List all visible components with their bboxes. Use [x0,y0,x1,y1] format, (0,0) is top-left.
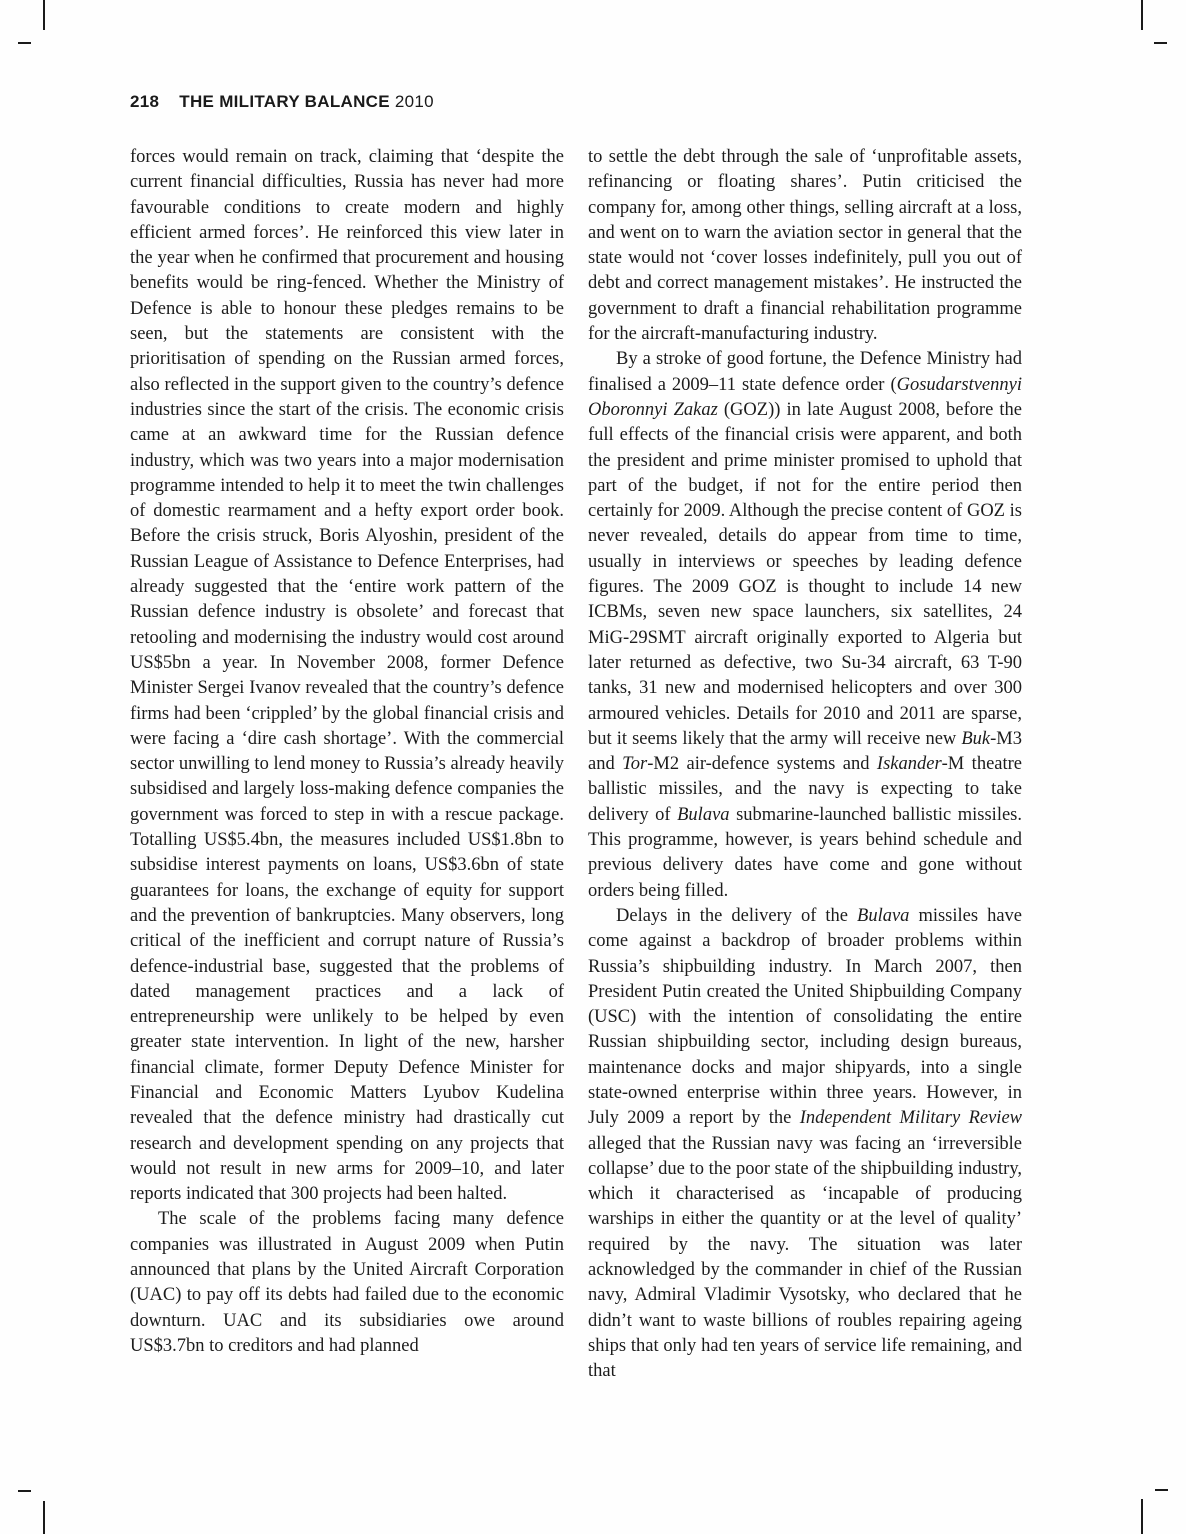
crop-mark-bottom-left-vertical [43,1501,45,1534]
crop-mark-bottom-left-horizontal [18,1490,31,1492]
running-header: 218THE MILITARY BALANCE2010 [130,92,434,112]
crop-mark-top-left-horizontal [18,42,31,44]
crop-mark-top-right-vertical [1141,0,1143,30]
text-column-right: to settle the debt through the sale of ‘… [588,145,1022,1385]
page-number: 218 [130,92,159,111]
crop-mark-bottom-right-vertical [1141,1499,1143,1534]
edition-year: 2010 [395,92,434,111]
crop-mark-bottom-right-horizontal [1155,1489,1168,1491]
crop-mark-top-right-horizontal [1154,42,1167,44]
crop-mark-top-left-vertical [43,0,45,30]
scanned-book-page: 218THE MILITARY BALANCE2010 forces would… [0,0,1186,1534]
body-paragraph: Delays in the delivery of the Bulava mis… [588,904,1022,1385]
body-paragraph: The scale of the problems facing many de… [130,1207,564,1359]
text-column-left: forces would remain on track, claiming t… [130,145,564,1359]
running-title: THE MILITARY BALANCE [179,92,390,111]
body-paragraph: forces would remain on track, claiming t… [130,145,564,1207]
body-paragraph: to settle the debt through the sale of ‘… [588,145,1022,347]
body-paragraph: By a stroke of good fortune, the Defence… [588,347,1022,904]
